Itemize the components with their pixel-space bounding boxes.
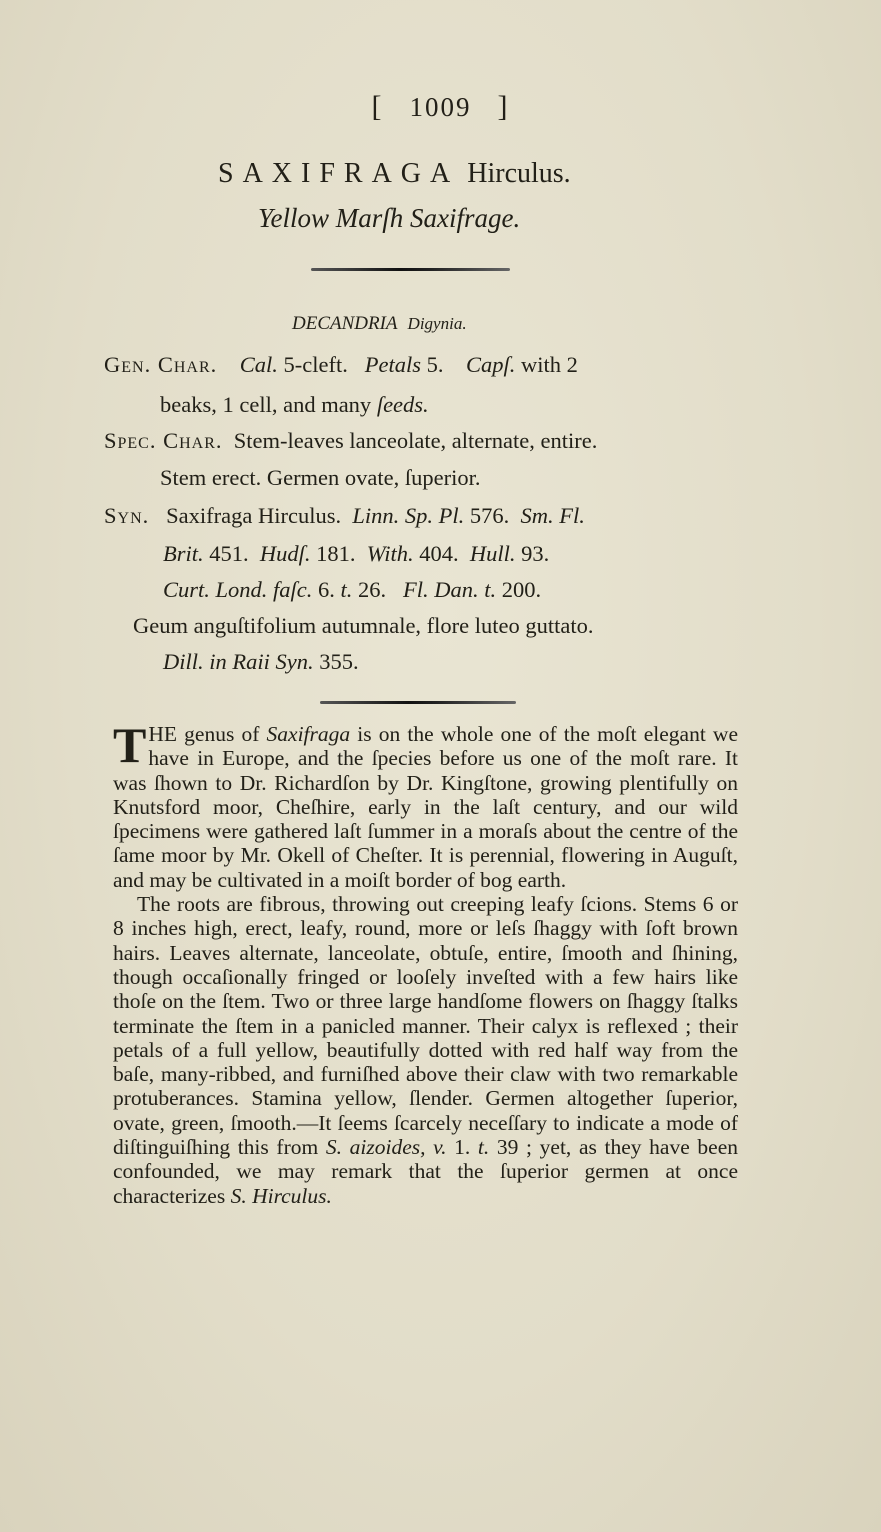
genus-name: SAXIFRAGA (218, 158, 459, 189)
body-text: HE genus of (148, 722, 266, 746)
syn-text: t. (341, 577, 353, 602)
book-page: [1009] SAXIFRAGAHirculus. Yellow Marſh S… (0, 0, 881, 1532)
syn-text: 6. (312, 577, 340, 602)
description-body: THE genus of Saxifraga is on the whole o… (113, 722, 738, 1208)
gen-char-text: Capſ. (466, 352, 515, 377)
drop-cap: T (113, 726, 146, 764)
spec-char-line-2: Stem erect. Germen ovate, ſuperior. (160, 465, 481, 491)
syn-text: 181. (311, 541, 362, 566)
page-number: [1009] (0, 90, 881, 124)
spec-char-text: Stem-leaves lanceolate, alternate, entir… (234, 428, 598, 453)
body-text: 1. (446, 1135, 477, 1159)
synonymy-line-2: Brit. 451. Hudſ. 181. With. 404. Hull. 9… (163, 541, 549, 567)
common-name: Yellow Marſh Saxifrage. (258, 203, 520, 234)
syn-text: 26. (352, 577, 391, 602)
syn-text: Geum anguſtifolium autumnale, flore lute… (133, 613, 594, 638)
bracket-close: ] (498, 90, 510, 124)
gen-char-text: 5-cleft. (278, 352, 354, 377)
gen-char-line-2: beaks, 1 cell, and many ſeeds. (160, 392, 429, 418)
spec-char-label: Spec. Char. (104, 428, 223, 453)
syn-text: Curt. Lond. faſc. (163, 577, 312, 602)
divider-rule (311, 268, 510, 271)
species-title: SAXIFRAGAHirculus. (218, 158, 571, 190)
syn-text: Sm. Fl. (520, 503, 584, 528)
syn-text: Hull. (470, 541, 516, 566)
syn-text: 404. (414, 541, 465, 566)
gen-char-label: Gen. Char. (104, 352, 217, 377)
body-text: S. aizoides, v. (326, 1135, 447, 1159)
syn-text: 200. (496, 577, 541, 602)
syn-text: 451. (204, 541, 255, 566)
syn-text: Dill. in Raii Syn. (163, 649, 314, 674)
syn-text: 576. (464, 503, 509, 528)
species-name: Hirculus. (467, 158, 570, 189)
syn-text: 355. (314, 649, 359, 674)
synonymy-line-1: Syn. Saxifraga Hirculus. Linn. Sp. Pl. 5… (104, 503, 585, 529)
syn-text: Saxifraga Hirculus. (166, 503, 341, 528)
gen-char-text: Petals (365, 352, 421, 377)
spec-char-text: Stem erect. Germen ovate, ſuperior. (160, 465, 481, 490)
synonymy-line-3: Curt. Lond. faſc. 6. t. 26. Fl. Dan. t. … (163, 577, 541, 603)
syn-text: With. (367, 541, 414, 566)
body-text: t. (478, 1135, 489, 1159)
syn-text: Brit. (163, 541, 204, 566)
body-text: The roots are fibrous, throwing out cree… (113, 892, 738, 1159)
spec-char-line-1: Spec. Char. Stem-leaves lanceolate, alte… (104, 428, 597, 454)
paragraph-1: THE genus of Saxifraga is on the whole o… (113, 722, 738, 892)
divider-rule (320, 701, 516, 704)
page-number-value: 1009 (410, 92, 472, 122)
order-name: Digynia. (408, 314, 467, 333)
bracket-open: [ (372, 90, 384, 124)
linnaean-classification: DECANDRIADigynia. (292, 313, 467, 335)
gen-char-text: ſeeds. (377, 392, 429, 417)
syn-text: Linn. Sp. Pl. (352, 503, 464, 528)
gen-char-line-1: Gen. Char. Cal. 5-cleft. Petals 5. Capſ.… (104, 352, 578, 378)
syn-text: Fl. Dan. t. (403, 577, 496, 602)
gen-char-text: 5. (421, 352, 449, 377)
syn-text: Hudſ. (260, 541, 311, 566)
syn-text: 93. (516, 541, 550, 566)
body-text: S. Hirculus. (231, 1184, 332, 1208)
class-name: DECANDRIA (292, 313, 398, 334)
gen-char-text: beaks, 1 cell, and many (160, 392, 377, 417)
gen-char-text: with 2 (515, 352, 578, 377)
gen-char-text: Cal. (240, 352, 278, 377)
body-text: is on the whole one of the moſt elegant … (113, 722, 738, 892)
paragraph-2: The roots are fibrous, throwing out cree… (113, 892, 738, 1208)
synonymy-line-5: Dill. in Raii Syn. 355. (163, 649, 359, 675)
syn-label: Syn. (104, 503, 149, 528)
body-text: Saxifraga (267, 722, 351, 746)
synonymy-line-4: Geum anguſtifolium autumnale, flore lute… (133, 613, 594, 639)
